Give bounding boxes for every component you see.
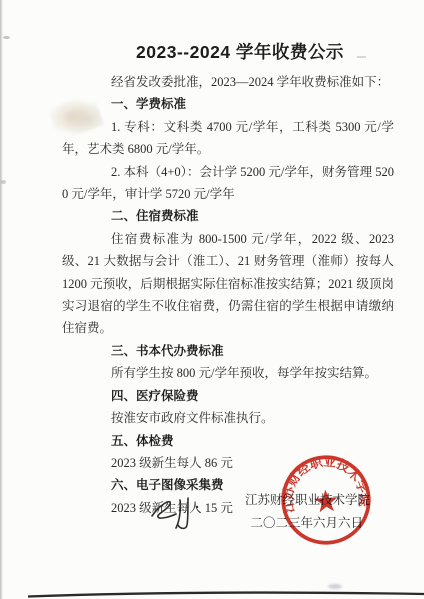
handwritten-signature [147,495,205,535]
intro-line: 经省发改委批准，2023—2024 学年收费标准如下： [62,71,394,93]
paragraph-accommodation: 住宿费标准为 800-1500 元/学年，2022 级、2023 级、21 大数… [62,228,394,340]
section-heading-tuition: 一、学费标准 [62,93,394,115]
section-heading-textbook: 三、书本代办费标准 [62,340,394,362]
section-heading-physical-exam: 五、体检费 [62,430,394,452]
seal-star-icon [314,489,339,513]
scanned-fee-notice-page: 2023--2024 学年收费公示 经省发改委批准，2023—2024 学年收费… [0,0,424,599]
scan-bottom-edge-line [0,589,424,599]
section-heading-accommodation: 二、住宿费标准 [62,205,394,227]
paragraph-medical-insurance: 按淮安市政府文件标准执行。 [62,407,394,429]
paragraph-textbook: 所有学生按 800 元/学年预收，每学年按实结算。 [62,362,394,384]
scan-edge-shadow [0,0,3,599]
scan-speck-artifact [357,56,366,58]
official-seal-stamp: 江苏财经职业技术学院 [276,450,376,550]
paragraph-tuition-benke: 2. 本科（4+0）：会计学 5200 元/学年，财务管理 5200 元/学年，… [62,161,394,206]
scan-speck-artifact [3,36,10,39]
section-heading-medical-insurance: 四、医疗保险费 [62,385,394,407]
paragraph-tuition-zhuanke: 1. 专科：文科类 4700 元/学年，工科类 5300 元/学年，艺术类 68… [62,116,394,161]
page-title: 2023--2024 学年收费公示 [74,40,406,64]
scan-speck-artifact [1,180,6,184]
